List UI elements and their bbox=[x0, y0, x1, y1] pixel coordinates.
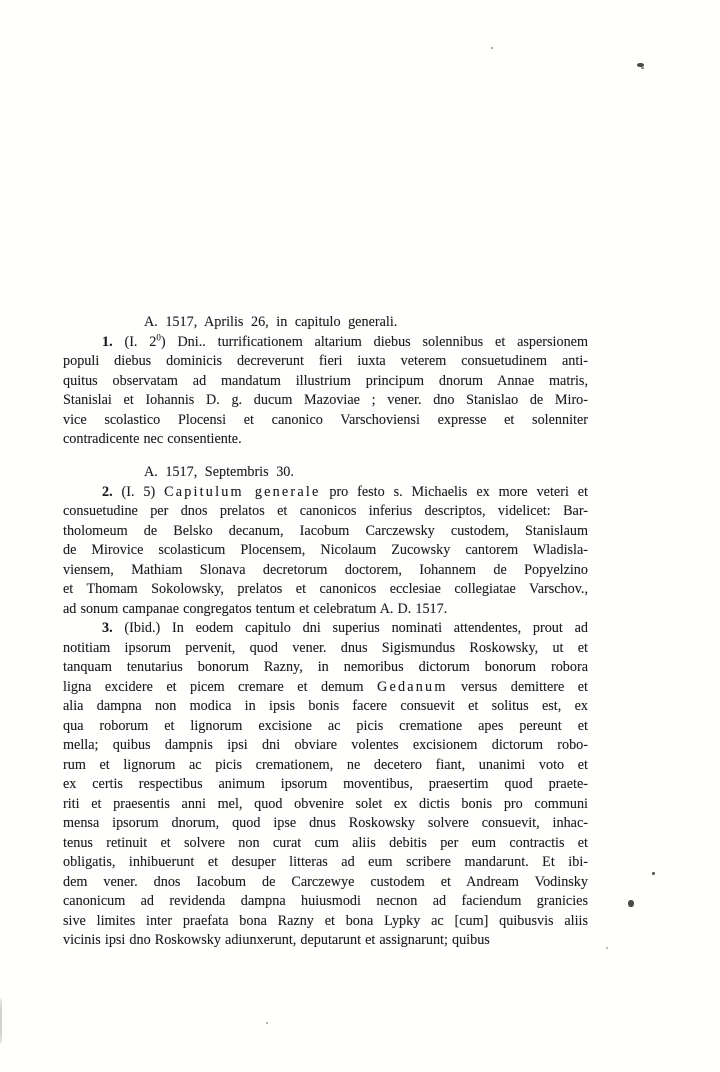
text-line: sive limites inter praefata bona Razny e… bbox=[63, 912, 588, 932]
text-segment: obligatis, inhibuerunt et desuper litter… bbox=[63, 854, 588, 870]
text-segment: contradicente nec consentiente. bbox=[63, 431, 242, 447]
text-line: tenus retinuit et solvere non curat cum … bbox=[63, 834, 588, 854]
text-segment: (I. 2 bbox=[113, 334, 157, 350]
letterspaced-text: Capitulum generale bbox=[164, 484, 320, 500]
text-line: 3. (Ibid.) In eodem capitulo dni superiu… bbox=[63, 619, 588, 639]
text-segment: A. 1517, Aprilis 26, in capitulo general… bbox=[144, 314, 397, 330]
text-segment: ligna excidere et picem cremare et demum bbox=[63, 679, 377, 695]
text-segment: notitiam ipsorum pervenit, quod vener. d… bbox=[63, 640, 588, 656]
text-line: tholomeum de Belsko decanum, Iacobum Car… bbox=[63, 522, 588, 542]
text-segment: quitus observatam ad mandatum illustrium… bbox=[63, 373, 588, 389]
text-segment: A. 1517, Septembris 30. bbox=[144, 464, 294, 480]
text-segment: sive limites inter praefata bona Razny e… bbox=[63, 913, 588, 929]
date-heading-april: A. 1517, Aprilis 26, in capitulo general… bbox=[63, 313, 588, 333]
text-line: ligna excidere et picem cremare et demum… bbox=[63, 678, 588, 698]
text-segment: vicinis ipsi dno Roskowsky adiunxerunt, … bbox=[63, 932, 490, 948]
scan-ink-speck bbox=[606, 947, 608, 949]
text-segment: consuetudine per dnos prelatos et canoni… bbox=[63, 503, 588, 519]
text-segment: viensem, Mathiam Slonava decretorum doct… bbox=[63, 562, 588, 578]
text-line: vicinis ipsi dno Roskowsky adiunxerunt, … bbox=[63, 931, 588, 951]
text-line: consuetudine per dnos prelatos et canoni… bbox=[63, 502, 588, 522]
text-line: et Thomam Sokolowsky, prelatos et canoni… bbox=[63, 580, 588, 600]
scan-ink-speck bbox=[652, 872, 655, 875]
date-heading-september: A. 1517, Septembris 30. bbox=[63, 463, 588, 483]
text-line: de Mirovice scolasticum Plocensem, Nicol… bbox=[63, 541, 588, 561]
text-segment: mella; quibus dampnis ipsi dni obviare v… bbox=[63, 737, 588, 753]
entry-number: 3. bbox=[102, 620, 113, 636]
text-line: dem vener. dnos Iacobum de Carczewye cus… bbox=[63, 873, 588, 893]
text-line: rum et lignorum ac picis cremationem, ne… bbox=[63, 756, 588, 776]
scan-ink-speck bbox=[641, 67, 644, 69]
text-line: ad sonum campanae congregatos tentum et … bbox=[63, 600, 588, 620]
scanned-document-page: A. 1517, Aprilis 26, in capitulo general… bbox=[0, 0, 720, 1072]
letterspaced-text: Gedanum bbox=[377, 679, 448, 695]
scan-ink-speck bbox=[0, 998, 2, 1044]
text-line: ex certis respectibus animum ipsorum mov… bbox=[63, 775, 588, 795]
text-segment: canonicum ad revidenda dampna huiusmodi … bbox=[63, 893, 588, 909]
text-segment: Stanislai et Iohannis D. g. ducum Mazovi… bbox=[63, 392, 588, 408]
scan-ink-speck bbox=[266, 1022, 268, 1024]
text-line: mensa ipsorum dnorum, quod ipse dnus Ros… bbox=[63, 814, 588, 834]
text-line: 2. (I. 5) Capitulum generale pro festo s… bbox=[63, 483, 588, 503]
text-segment: ad sonum campanae congregatos tentum et … bbox=[63, 601, 447, 617]
entry-1: 1. (I. 20) Dni.. turrificationem altariu… bbox=[63, 333, 588, 450]
text-line: Stanislai et Iohannis D. g. ducum Mazovi… bbox=[63, 391, 588, 411]
text-line: A. 1517, Septembris 30. bbox=[63, 463, 588, 483]
text-segment: populi diebus dominicis decreverunt fier… bbox=[63, 353, 588, 369]
text-line: quitus observatam ad mandatum illustrium… bbox=[63, 372, 588, 392]
text-segment: pro festo s. Michaelis ex more veteri et bbox=[320, 484, 588, 500]
text-segment: qua roborum et lignorum excisione ac pic… bbox=[63, 718, 588, 734]
text-segment: tholomeum de Belsko decanum, Iacobum Car… bbox=[63, 523, 588, 539]
text-segment: vice scolastico Plocensi et canonico Var… bbox=[63, 412, 588, 428]
text-segment: rum et lignorum ac picis cremationem, ne… bbox=[63, 757, 588, 773]
entry-number: 2. bbox=[102, 484, 113, 500]
text-segment: ) Dni.. turrificationem altarium diebus … bbox=[161, 334, 588, 350]
text-segment: riti et praesentis anni mel, quod obveni… bbox=[63, 796, 588, 812]
text-segment: alia dampna non modica in ipsis bonis fa… bbox=[63, 698, 588, 714]
entry-2: 2. (I. 5) Capitulum generale pro festo s… bbox=[63, 483, 588, 620]
text-segment: tenus retinuit et solvere non curat cum … bbox=[63, 835, 588, 851]
text-segment: de Mirovice scolasticum Plocensem, Nicol… bbox=[63, 542, 588, 558]
text-segment: tanquam tenutarius bonorum Razny, in nem… bbox=[63, 659, 588, 675]
text-line: alia dampna non modica in ipsis bonis fa… bbox=[63, 697, 588, 717]
text-line: mella; quibus dampnis ipsi dni obviare v… bbox=[63, 736, 588, 756]
entry-number: 1. bbox=[102, 334, 113, 350]
text-segment: ex certis respectibus animum ipsorum mov… bbox=[63, 776, 588, 792]
text-segment: et Thomam Sokolowsky, prelatos et canoni… bbox=[63, 581, 588, 597]
text-line: notitiam ipsorum pervenit, quod vener. d… bbox=[63, 639, 588, 659]
text-line: vice scolastico Plocensi et canonico Var… bbox=[63, 411, 588, 431]
text-line: populi diebus dominicis decreverunt fier… bbox=[63, 352, 588, 372]
text-segment: versus demittere et bbox=[448, 679, 588, 695]
text-segment: (Ibid.) In eodem capitulo dni superius n… bbox=[113, 620, 588, 636]
scan-ink-speck bbox=[628, 900, 634, 907]
text-line: 1. (I. 20) Dni.. turrificationem altariu… bbox=[63, 333, 588, 353]
text-line: canonicum ad revidenda dampna huiusmodi … bbox=[63, 892, 588, 912]
text-line: viensem, Mathiam Slonava decretorum doct… bbox=[63, 561, 588, 581]
text-line: riti et praesentis anni mel, quod obveni… bbox=[63, 795, 588, 815]
text-segment: (I. 5) bbox=[113, 484, 164, 500]
text-line: qua roborum et lignorum excisione ac pic… bbox=[63, 717, 588, 737]
scan-ink-speck bbox=[491, 47, 493, 49]
text-line: tanquam tenutarius bonorum Razny, in nem… bbox=[63, 658, 588, 678]
text-line: A. 1517, Aprilis 26, in capitulo general… bbox=[63, 313, 588, 333]
text-segment: mensa ipsorum dnorum, quod ipse dnus Ros… bbox=[63, 815, 588, 831]
text-line: obligatis, inhibuerunt et desuper litter… bbox=[63, 853, 588, 873]
text-line: contradicente nec consentiente. bbox=[63, 430, 588, 450]
text-segment: dem vener. dnos Iacobum de Carczewye cus… bbox=[63, 874, 588, 890]
entry-3: 3. (Ibid.) In eodem capitulo dni superiu… bbox=[63, 619, 588, 951]
document-text-block: A. 1517, Aprilis 26, in capitulo general… bbox=[63, 313, 588, 951]
